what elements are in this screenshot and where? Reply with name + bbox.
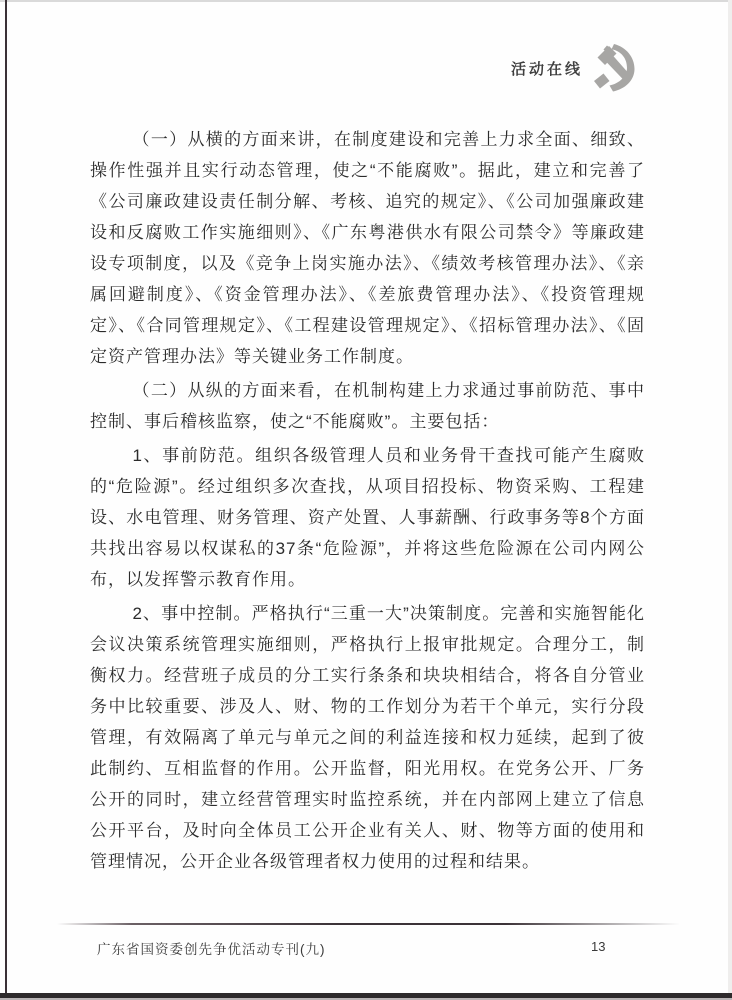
section-title: 活动在线 [511,58,583,79]
page-header: 活动在线 [511,43,637,93]
document-page: 活动在线 （一）从横的方面来讲，在制度建设和完善上力求全面、细致、操作性强并且实… [0,0,732,1000]
party-emblem-icon [593,43,637,93]
scan-edge-top [0,0,732,2]
paragraph-3: 1、事前防范。组织各级管理人员和业务骨干查找可能产生腐败的“危险源”。经过组织多… [90,440,645,595]
page-number: 13 [591,939,605,954]
body-text: （一）从横的方面来讲，在制度建设和完善上力求全面、细致、操作性强并且实行动态管理… [90,124,645,877]
footer-divider [57,923,680,925]
paragraph-1: （一）从横的方面来讲，在制度建设和完善上力求全面、细致、操作性强并且实行动态管理… [90,124,645,372]
scan-edge-left [5,0,7,1000]
paragraph-4: 2、事中控制。严格执行“三重一大”决策制度。完善和实施智能化会议决策系统管理实施… [90,598,645,877]
scan-edge-right [728,0,732,1000]
paragraph-2: （二）从纵的方面来看，在机制构建上力求通过事前防范、事中控制、事后稽核监察，使之… [90,375,645,437]
footer-publication: 广东省国资委创先争优活动专刊(九) [97,938,326,958]
